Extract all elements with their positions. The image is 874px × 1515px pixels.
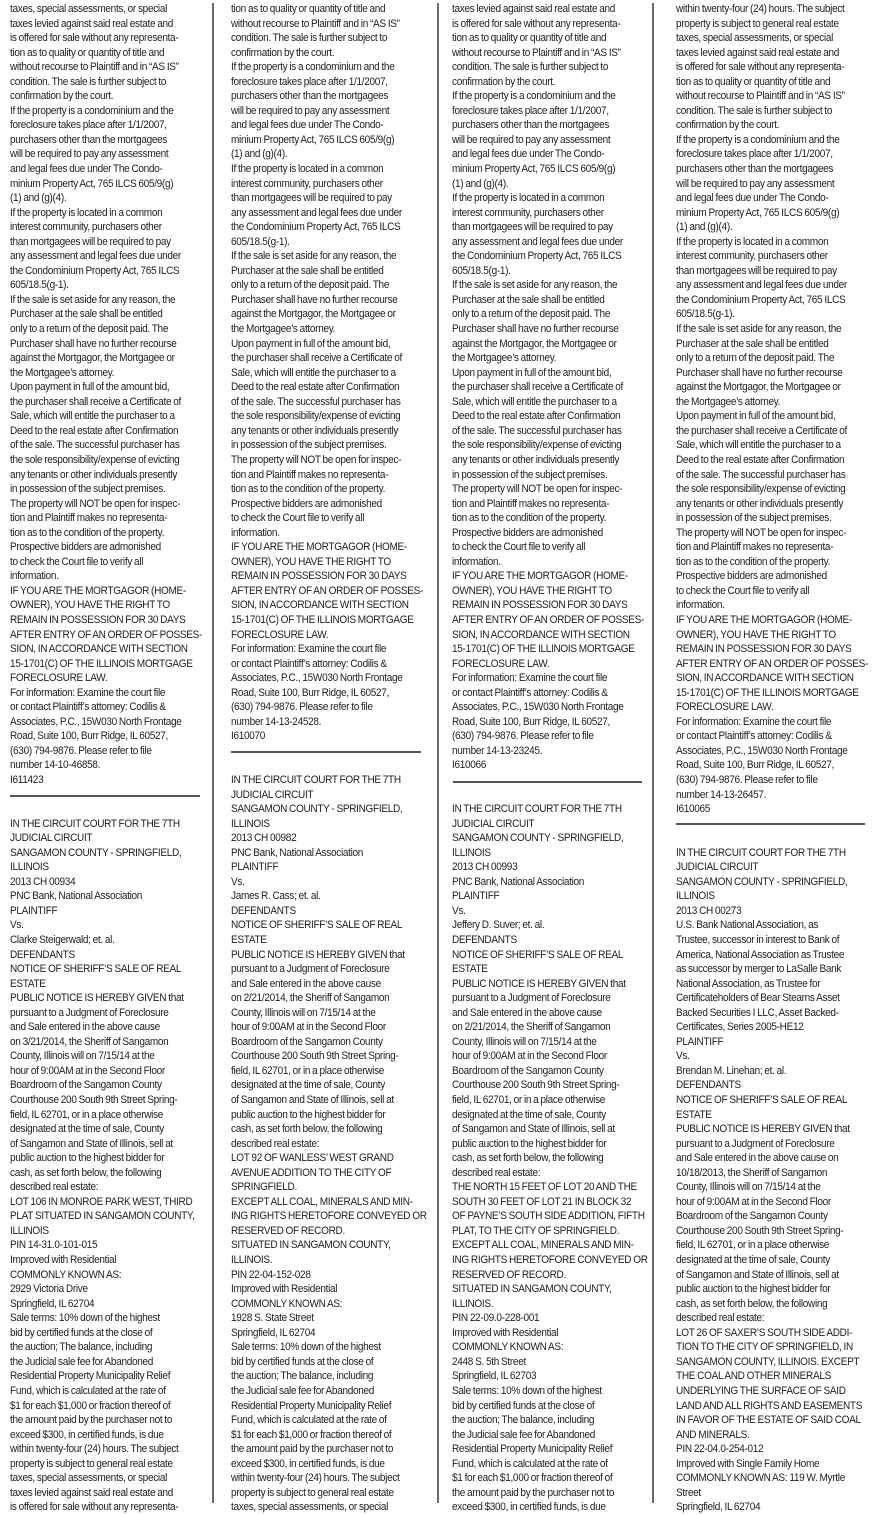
text-line: Purchaser at the sale shall be entitled [452,293,648,308]
text-line: Boardroom of the Sangamon County [452,1064,648,1079]
text-line: tion as to the condition of the property… [231,482,427,497]
text-line: information. [452,555,648,570]
text-line: JUDICIAL CIRCUIT [10,831,202,846]
text-line: 1928 S. State Street [231,1311,427,1326]
text-line: bid by certified funds at the close of [10,1326,202,1341]
text-line: County, Illinois will on 7/15/14 at the [676,1180,868,1195]
text-line: (630) 794-9876. Please refer to file [676,773,868,788]
text-line: Trustee, successor in interest to Bank o… [676,933,868,948]
text-line: For information: Examine the court file [452,671,648,686]
text-line: number 14-13-26457. [676,788,868,803]
text-line: any assessment and legal fees due under [231,206,427,221]
text-line: PLAINTIFF [452,889,648,904]
text-line: Upon payment in full of the amount bid, [231,337,427,352]
text-line: any assessment and legal fees due under [452,235,648,250]
text-line: interest community, purchasers other [10,220,202,235]
text-line: cash, as set forth below, the following [452,1151,648,1166]
text-line: pursuant to a Judgment of Foreclosure [10,1006,202,1021]
text-line: taxes levied against said real estate an… [10,1486,202,1501]
text-line: described real estate: [452,1166,648,1181]
text-line: and legal fees due under The Condo- [231,118,427,133]
text-line: will be required to pay any assessment [452,133,648,148]
text-line: Fund, which is calculated at the rate of [10,1384,202,1399]
text-line: DEFENDANTS [231,904,427,919]
text-line: ING RIGHTS HERETOFORE CONVEYED OR [231,1209,427,1224]
text-line: AFTER ENTRY OF AN ORDER OF POSSES- [231,584,427,599]
text-line: JUDICIAL CIRCUIT [231,788,427,803]
text-line: Prospective bidders are admonished [676,569,868,584]
text-line: If the property is located in a common [452,191,648,206]
text-line: NOTICE OF SHERIFF’S SALE OF REAL [676,1093,868,1108]
text-line: AFTER ENTRY OF AN ORDER OF POSSES- [676,657,868,672]
text-line: interest community, purchasers other [676,249,868,264]
text-line: minium Property Act, 765 ILCS 605/9(g) [676,206,868,221]
text-line: the purchaser shall receive a Certificat… [452,380,648,395]
text-line: EXCEPT ALL COAL, MINERALS AND MIN- [452,1238,648,1253]
text-line: taxes, special assessments, or special [231,1500,427,1515]
blank-line [231,758,427,773]
text-line: PIN 22-09.0-228-001 [452,1311,648,1326]
text-line: will be required to pay any assessment [10,147,202,162]
text-line: and legal fees due under The Condo- [10,162,202,177]
text-line: SANGAMON COUNTY - SPRINGFIELD, [10,846,202,861]
text-line: and legal fees due under The Condo- [452,147,648,162]
text-line: Road, Suite 100, Burr Ridge, IL 60527, [10,729,202,744]
text-line: Sale terms: 10% down of the highest [231,1340,427,1355]
text-line: ILLINOIS [452,846,648,861]
text-line: of Sangamon and State of Illinois, sell … [231,1093,427,1108]
text-line: (630) 794-9876. Please refer to file [10,744,202,759]
text-line: IN THE CIRCUIT COURT FOR THE 7TH [10,817,202,832]
text-line: the Judicial sale fee for Abandoned [231,1384,427,1399]
text-line: property is subject to general real esta… [231,1486,427,1501]
text-line: PLAINTIFF [231,860,427,875]
text-line: Purchaser shall have no further recourse [231,293,427,308]
text-line: Deed to the real estate after Confirmati… [10,424,202,439]
text-line: any tenants or other individuals present… [231,424,427,439]
text-line: is offered for sale without any represen… [452,17,648,32]
text-line: Road, Suite 100, Burr Ridge, IL 60527, [231,686,427,701]
text-line: pursuant to a Judgment of Foreclosure [231,962,427,977]
text-line: Associates, P.C., 15W030 North Frontage [452,700,648,715]
text-line: OWNER), YOU HAVE THE RIGHT TO [231,555,427,570]
text-line: NOTICE OF SHERIFF’S SALE OF REAL [10,962,202,977]
text-line: EXCEPT ALL COAL, MINERALS AND MIN- [231,1195,427,1210]
text-line: public auction to the highest bidder for [231,1108,427,1123]
text-line: exceed $300, in certified funds, is due [231,1457,427,1472]
text-line: AND MINERALS. [676,1428,868,1443]
text-line: PUBLIC NOTICE IS HEREBY GIVEN that [452,977,648,992]
text-line: DEFENDANTS [10,948,202,963]
text-line: LOT 92 OF WANLESS’ WEST GRAND [231,1151,427,1166]
text-line: If the property is a condominium and the [231,60,427,75]
text-line: (1) and (g)(4). [231,147,427,162]
text-line: PIN 14-31.0-101-015 [10,1238,202,1253]
text-line: or contact Plaintiff’s attorney: Codilis… [10,700,202,715]
text-line: the Mortgagee’s attorney. [676,395,868,410]
text-line: of Sangamon and State of Illinois, sell … [676,1268,868,1283]
text-line: the Judicial sale fee for Abandoned [452,1428,648,1443]
text-line: Associates, P.C., 15W030 North Frontage [676,744,868,759]
text-line: foreclosure takes place after 1/1/2007, [231,75,427,90]
text-line: Boardroom of the Sangamon County [10,1078,202,1093]
text-line: designated at the time of sale, County [676,1253,868,1268]
text-line: If the property is located in a common [231,162,427,177]
text-line: cash, as set forth below, the following [231,1122,427,1137]
text-line: SION, IN ACCORDANCE WITH SECTION [676,671,868,686]
text-line: Residential Property Municipality Relief [452,1442,648,1457]
text-line: the Mortgagee’s attorney. [452,351,648,366]
text-line: of the sale. The successful purchaser ha… [676,468,868,483]
text-line: SANGAMON COUNTY - SPRINGFIELD, [676,875,868,890]
column-3: taxes levied against said real estate an… [452,2,648,1515]
text-line: interest community, purchasers other [452,206,648,221]
text-line: 2013 CH 00993 [452,860,648,875]
text-line: against the Mortgagor, the Mortgagee or [231,307,427,322]
text-line: 605/18.5(g-1). [10,278,202,293]
text-line: tion as to the condition of the property… [10,526,202,541]
text-line: PUBLIC NOTICE IS HEREBY GIVEN that [676,1122,868,1137]
text-line: Residential Property Municipality Relief [10,1369,202,1384]
text-line: FORECLOSURE LAW. [10,671,202,686]
text-line: Boardroom of the Sangamon County [676,1209,868,1224]
text-line: If the property is a condominium and the [676,133,868,148]
text-line: Purchaser shall have no further recourse [676,366,868,381]
text-line: FORECLOSURE LAW. [452,657,648,672]
text-line: JUDICIAL CIRCUIT [452,817,648,832]
text-line: Courthouse 200 South 9th Street Spring- [452,1078,648,1093]
text-line: UNDERLYING THE SURFACE OF SAID [676,1384,868,1399]
text-line: in possession of the subject premises. [10,482,202,497]
text-line: minium Property Act, 765 ILCS 605/9(g) [452,162,648,177]
text-line: The property will NOT be open for inspec… [676,526,868,541]
text-line: the purchaser shall receive a Certificat… [10,395,202,410]
blank-line [676,831,868,846]
text-line: County, Illinois will on 7/15/14 at the [231,1006,427,1021]
text-line: Brendan M. Linehan; et. al. [676,1064,868,1079]
text-line: PNC Bank, National Association [452,875,648,890]
text-line: information. [10,569,202,584]
text-line: PUBLIC NOTICE IS HEREBY GIVEN that [231,948,427,963]
text-line: bid by certified funds at the close of [452,1399,648,1414]
text-line: $1 for each $1,000 or fraction thereof o… [10,1399,202,1414]
text-line: James R. Cass; et. al. [231,889,427,904]
text-line: REMAIN IN POSSESSION FOR 30 DAYS [452,598,648,613]
text-line: Clarke Steigerwald; et. al. [10,933,202,948]
text-line: the auction; The balance, including [452,1413,648,1428]
text-line: $1 for each $1,000 or fraction thereof o… [452,1471,648,1486]
text-line: Upon payment in full of the amount bid, [676,409,868,424]
text-line: Sale, which will entitle the purchaser t… [452,395,648,410]
text-line: condition. The sale is further subject t… [452,60,648,75]
text-line: Deed to the real estate after Confirmati… [231,380,427,395]
text-line: is offered for sale without any represen… [10,31,202,46]
text-line: property is subject to general real esta… [676,17,868,32]
text-line: minium Property Act, 765 ILCS 605/9(g) [231,133,427,148]
text-line: confirmation by the court. [452,75,648,90]
text-line: or contact Plaintiff’s attorney: Codilis… [231,657,427,672]
text-line: Improved with Single Family Home [676,1457,868,1472]
blank-line [10,802,202,817]
text-line: and Sale entered in the above cause [452,1006,648,1021]
text-line: IN THE CIRCUIT COURT FOR THE 7TH [231,773,427,788]
text-line: or contact Plaintiff’s attorney: Codilis… [676,729,868,744]
text-line: OWNER), YOU HAVE THE RIGHT TO [452,584,648,599]
text-line: Courthouse 200 South 9th Street Spring- [676,1224,868,1239]
text-line: OWNER), YOU HAVE THE RIGHT TO [676,628,868,643]
text-line: purchasers other than the mortgagees [676,162,868,177]
text-line: Deed to the real estate after Confirmati… [452,409,648,424]
text-line: than mortgagees will be required to pay [231,191,427,206]
text-line: tion and Plaintiff makes no representa- [231,468,427,483]
text-line: cash, as set forth below, the following [10,1166,202,1181]
text-line: against the Mortgagor, the Mortgagee or [452,337,648,352]
text-line: I611423 [10,773,202,788]
text-line: without recourse to Plaintiff and in “AS… [452,46,648,61]
text-line: REMAIN IN POSSESSION FOR 30 DAYS [231,569,427,584]
text-line: If the property is a condominium and the [452,89,648,104]
text-line: I610070 [231,729,427,744]
text-line: ILLINOIS. [231,1253,427,1268]
text-line: ING RIGHTS HERETOFORE CONVEYED OR [452,1253,648,1268]
text-line: to check the Court file to verify all [231,511,427,526]
text-line: the auction; The balance, including [231,1369,427,1384]
text-line: Sale terms: 10% down of the highest [452,1384,648,1399]
text-line: 15-1701(C) OF THE ILLINOIS MORTGAGE [676,686,868,701]
text-line: or contact Plaintiff’s attorney: Codilis… [452,686,648,701]
text-line: National Association, as Trustee for [676,977,868,992]
text-line: to check the Court file to verify all [10,555,202,570]
text-line: AFTER ENTRY OF AN ORDER OF POSSES- [10,628,202,643]
text-line: purchasers other than the mortgagees [452,118,648,133]
text-line: Springfield, IL 62704 [231,1326,427,1341]
text-line: to check the Court file to verify all [676,584,868,599]
text-line: the Condominium Property Act, 765 ILCS [452,249,648,264]
text-line: PLAT SITUATED IN SANGAMON COUNTY, [10,1209,202,1224]
text-line: without recourse to Plaintiff and in “AS… [676,89,868,104]
text-line: Street [676,1486,868,1501]
text-line: and Sale entered in the above cause [231,977,427,992]
text-line: For information: Examine the court file [10,686,202,701]
text-line: LOT 26 OF SAXER’S SOUTH SIDE ADDI- [676,1326,868,1341]
text-line: COMMONLY KNOWN AS: [10,1268,202,1283]
text-line: SITUATED IN SANGAMON COUNTY, [452,1282,648,1297]
text-line: only to a return of the deposit paid. Th… [676,351,868,366]
text-line: If the sale is set aside for any reason,… [10,293,202,308]
text-line: THE COAL AND OTHER MINERALS [676,1369,868,1384]
column-divider [652,3,654,1503]
text-line: If the sale is set aside for any reason,… [452,278,648,293]
text-line: of Sangamon and State of Illinois, sell … [10,1137,202,1152]
text-line: LOT 106 IN MONROE PARK WEST, THIRD [10,1195,202,1210]
text-line: Sale, which will entitle the purchaser t… [10,409,202,424]
text-line: tion as to quality or quantity of title … [452,31,648,46]
text-line: IF YOU ARE THE MORTGAGOR (HOME- [10,584,202,599]
text-line: For information: Examine the court file [231,642,427,657]
text-line: exceed $300, in certified funds, is due [10,1428,202,1443]
text-line: tion as to the condition of the property… [676,555,868,570]
text-line: SANGAMON COUNTY - SPRINGFIELD, [231,802,427,817]
text-line: the Condominium Property Act, 765 ILCS [676,293,868,308]
text-line: of Sangamon and State of Illinois, sell … [452,1122,648,1137]
text-line: U.S. Bank National Association, as [676,918,868,933]
text-line: Springfield, IL 62704 [10,1297,202,1312]
text-line: Courthouse 200 South 9th Street Spring- [231,1049,427,1064]
text-line: the sole responsibility/expense of evict… [231,409,427,424]
text-line: The property will NOT be open for inspec… [10,497,202,512]
text-line: without recourse to Plaintiff and in “AS… [10,60,202,75]
text-line: tion as to the condition of the property… [452,511,648,526]
text-line: the amount paid by the purchaser not to [10,1413,202,1428]
text-line: Residential Property Municipality Relief [231,1399,427,1414]
text-line: Associates, P.C., 15W030 North Frontage [10,715,202,730]
text-line: If the sale is set aside for any reason,… [231,249,427,264]
text-line: will be required to pay any assessment [231,104,427,119]
text-line: tion as to quality or quantity of title … [10,46,202,61]
text-line: JUDICIAL CIRCUIT [676,860,868,875]
text-line: THE NORTH 15 FEET OF LOT 20 AND THE [452,1180,648,1195]
text-line: only to a return of the deposit paid. Th… [452,307,648,322]
text-line: Vs. [452,904,648,919]
text-line: FORECLOSURE LAW. [676,700,868,715]
text-line: SOUTH 30 FEET OF LOT 21 IN BLOCK 32 [452,1195,648,1210]
text-line: only to a return of the deposit paid. Th… [231,278,427,293]
text-line: public auction to the highest bidder for [452,1137,648,1152]
text-line: (630) 794-9876. Please refer to file [231,700,427,715]
text-line: COMMONLY KNOWN AS: [231,1297,427,1312]
text-line: Prospective bidders are admonished [10,540,202,555]
text-line: AVENUE ADDITION TO THE CITY OF [231,1166,427,1181]
text-line: 2013 CH 00934 [10,875,202,890]
text-line: 2013 CH 00982 [231,831,427,846]
text-line: the amount paid by the purchaser not to [231,1442,427,1457]
text-line: the sole responsibility/expense of evict… [676,482,868,497]
text-line: Deed to the real estate after Confirmati… [676,453,868,468]
text-line: any assessment and legal fees due under [10,249,202,264]
column-4: within twenty-four (24) hours. The subje… [676,2,868,1515]
text-line: OWNER), YOU HAVE THE RIGHT TO [10,598,202,613]
text-line: IN THE CIRCUIT COURT FOR THE 7TH [676,846,868,861]
text-line: IN THE CIRCUIT COURT FOR THE 7TH [452,802,648,817]
blank-line [452,788,648,803]
text-line: PLAINTIFF [676,1035,868,1050]
text-line: America, National Association as Trustee [676,948,868,963]
text-line: SITUATED IN SANGAMON COUNTY, [231,1238,427,1253]
text-line: is offered for sale without any represen… [10,1500,202,1515]
text-line: Sale, which will entitle the purchaser t… [231,366,427,381]
text-line: within twenty-four (24) hours. The subje… [10,1442,202,1457]
text-line: pursuant to a Judgment of Foreclosure [676,1137,868,1152]
text-line: PNC Bank, National Association [10,889,202,904]
text-line: DEFENDANTS [452,933,648,948]
text-line: Associates, P.C., 15W030 North Frontage [231,671,427,686]
text-line: REMAIN IN POSSESSION FOR 30 DAYS [676,642,868,657]
text-line: (1) and (g)(4). [676,220,868,235]
text-line: RESERVED OF RECORD. [231,1224,427,1239]
text-line: of the sale. The successful purchaser ha… [10,438,202,453]
text-line: number 14-13-24528. [231,715,427,730]
text-line: taxes, special assessments, or special [10,2,202,17]
text-line: (1) and (g)(4). [10,191,202,206]
text-line: Springfield, IL 62704 [676,1500,868,1515]
text-line: The property will NOT be open for inspec… [231,453,427,468]
text-line: confirmation by the court. [676,118,868,133]
text-line: property is subject to general real esta… [10,1457,202,1472]
text-line: taxes levied against said real estate an… [10,17,202,32]
text-line: in possession of the subject premises. [452,468,648,483]
notice-separator [231,751,421,753]
text-line: described real estate: [676,1311,868,1326]
text-line: any tenants or other individuals present… [10,468,202,483]
text-line: Sale terms: 10% down of the highest [10,1311,202,1326]
text-line: TION TO THE CITY OF SPRINGFIELD, IN [676,1340,868,1355]
text-line: minium Property Act, 765 ILCS 605/9(g) [10,177,202,192]
text-line: If the sale is set aside for any reason,… [676,322,868,337]
text-line: ILLINOIS [676,889,868,904]
text-line: any tenants or other individuals present… [676,497,868,512]
notice-separator [676,823,865,825]
text-line: Improved with Residential [452,1326,648,1341]
text-line: field, IL 62701, or in a place otherwise [676,1238,868,1253]
text-line: For information: Examine the court file [676,715,868,730]
text-line: ILLINOIS [231,817,427,832]
text-line: ESTATE [676,1108,868,1123]
text-line: the sole responsibility/expense of evict… [452,438,648,453]
text-line: Improved with Residential [231,1282,427,1297]
text-line: DEFENDANTS [676,1078,868,1093]
text-line: designated at the time of sale, County [452,1108,648,1123]
text-line: on 2/21/2014, the Sheriff of Sangamon [231,991,427,1006]
text-line: bid by certified funds at the close of [231,1355,427,1370]
text-line: taxes levied against said real estate an… [452,2,648,17]
text-line: on 2/21/2014, the Sheriff of Sangamon [452,1020,648,1035]
text-line: FORECLOSURE LAW. [231,628,427,643]
column-divider [437,3,439,1503]
text-line: the Condominium Property Act, 765 ILCS [10,264,202,279]
notice-separator [10,795,200,797]
text-line: Purchaser shall have no further recourse [452,322,648,337]
text-line: field, IL 62701, or in a place otherwise [10,1108,202,1123]
text-line: Boardroom of the Sangamon County [231,1035,427,1050]
column-1: taxes, special assessments, or specialta… [10,2,202,1515]
text-line: information. [676,598,868,613]
text-line: tion as to quality or quantity of title … [231,2,427,17]
text-line: Purchaser at the sale shall be entitled [10,307,202,322]
text-line: Fund, which is calculated at the rate of [452,1457,648,1472]
text-line: and legal fees due under The Condo- [676,191,868,206]
text-line: only to a return of the deposit paid. Th… [10,322,202,337]
text-line: Vs. [676,1049,868,1064]
text-line: ILLINOIS. [452,1297,648,1312]
text-line: designated at the time of sale, County [10,1122,202,1137]
text-line: described real estate: [10,1180,202,1195]
text-line: to check the Court file to verify all [452,540,648,555]
text-line: tion as to quality or quantity of title … [676,75,868,90]
text-line: the Condominium Property Act, 765 ILCS [231,220,427,235]
text-line: confirmation by the court. [10,89,202,104]
text-line: Fund, which is calculated at the rate of [231,1413,427,1428]
text-line: hour of 9:00AM at in the Second Floor [452,1049,648,1064]
text-line: field, IL 62701, or in a place otherwise [231,1064,427,1079]
text-line: the Judicial sale fee for Abandoned [10,1355,202,1370]
text-line: IF YOU ARE THE MORTGAGOR (HOME- [452,569,648,584]
text-line: hour of 9:00AM at in the Second Floor [10,1064,202,1079]
text-line: ESTATE [452,962,648,977]
text-line: PNC Bank, National Association [231,846,427,861]
text-line: foreclosure takes place after 1/1/2007, [452,104,648,119]
text-line: SION, IN ACCORDANCE WITH SECTION [10,642,202,657]
text-line: Sale, which will entitle the purchaser t… [676,438,868,453]
